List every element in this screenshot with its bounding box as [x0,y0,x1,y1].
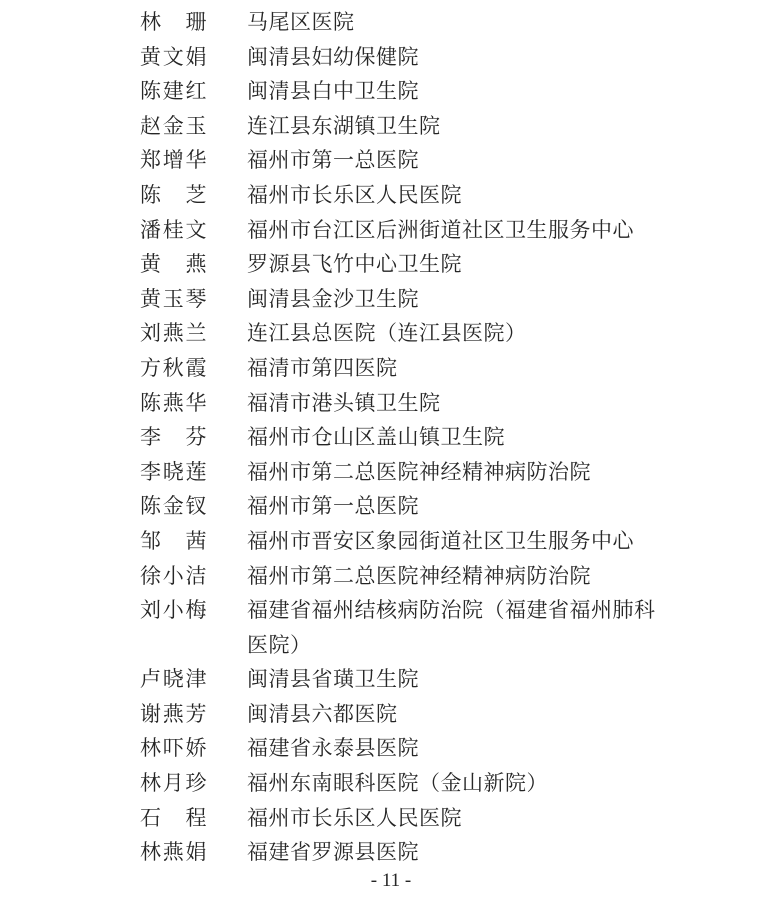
roster-row: 黄文娟 闽清县妇幼保健院 [140,40,700,75]
work-unit: 闽清县六都医院 [247,697,660,732]
person-name: 陈建红 [140,74,207,109]
person-name: 潘桂文 [140,213,207,248]
work-unit: 福建省福州结核病防治院（福建省福州肺科医院） [247,593,660,662]
person-name: 徐小洁 [140,559,207,594]
page-footer: - 11 - [0,869,782,893]
work-unit: 连江县总医院（连江县医院） [247,316,660,351]
person-name: 林珊 [140,5,207,40]
work-unit: 福清市港头镇卫生院 [247,386,660,421]
person-name: 黄文娟 [140,40,207,75]
person-name: 李晓莲 [140,455,207,490]
person-name: 陈芝 [140,178,207,213]
work-unit: 福州市仓山区盖山镇卫生院 [247,420,660,455]
work-unit: 福州市晋安区象园街道社区卫生服务中心 [247,524,660,559]
person-name: 刘燕兰 [140,316,207,351]
roster-row: 林燕娟 福建省罗源县医院 [140,835,700,870]
work-unit: 闽清县白中卫生院 [247,74,660,109]
work-unit: 连江县东湖镇卫生院 [247,109,660,144]
person-name: 陈金钗 [140,489,207,524]
roster-row: 李芬 福州市仓山区盖山镇卫生院 [140,420,700,455]
work-unit: 闽清县金沙卫生院 [247,282,660,317]
roster-row: 黄燕 罗源县飞竹中心卫生院 [140,247,700,282]
roster-row: 潘桂文 福州市台江区后洲街道社区卫生服务中心 [140,213,700,248]
roster-row: 徐小洁 福州市第二总医院神经精神病防治院 [140,559,700,594]
roster-row: 刘燕兰 连江县总医院（连江县医院） [140,316,700,351]
person-name: 黄燕 [140,247,207,282]
roster-row: 赵金玉 连江县东湖镇卫生院 [140,109,700,144]
work-unit: 福州市台江区后洲街道社区卫生服务中心 [247,213,660,248]
person-name: 刘小梅 [140,593,207,628]
document-page: 林珊 马尾区医院 黄文娟 闽清县妇幼保健院 陈建红 闽清县白中卫生院 赵金玉 连… [0,0,782,905]
roster-row: 邹茜 福州市晋安区象园街道社区卫生服务中心 [140,524,700,559]
roster-row: 卢晓津 闽清县省璜卫生院 [140,662,700,697]
person-name: 郑增华 [140,143,207,178]
roster-row: 陈金钗 福州市第一总医院 [140,489,700,524]
person-name: 谢燕芳 [140,697,207,732]
work-unit: 福建省永泰县医院 [247,731,660,766]
roster-row: 谢燕芳 闽清县六都医院 [140,697,700,732]
roster-row: 陈建红 闽清县白中卫生院 [140,74,700,109]
roster-row: 陈芝 福州市长乐区人民医院 [140,178,700,213]
work-unit: 福州东南眼科医院（金山新院） [247,766,660,801]
person-name: 赵金玉 [140,109,207,144]
person-name: 黄玉琴 [140,282,207,317]
person-name: 林燕娟 [140,835,207,870]
work-unit: 马尾区医院 [247,5,660,40]
roster-list: 林珊 马尾区医院 黄文娟 闽清县妇幼保健院 陈建红 闽清县白中卫生院 赵金玉 连… [140,5,700,870]
person-name: 陈燕华 [140,386,207,421]
work-unit: 罗源县飞竹中心卫生院 [247,247,660,282]
roster-row: 刘小梅 福建省福州结核病防治院（福建省福州肺科医院） [140,593,700,662]
work-unit: 福州市第一总医院 [247,489,660,524]
roster-row: 林吓娇 福建省永泰县医院 [140,731,700,766]
work-unit: 闽清县省璜卫生院 [247,662,660,697]
work-unit: 福州市长乐区人民医院 [247,801,660,836]
person-name: 石程 [140,801,207,836]
person-name: 卢晓津 [140,662,207,697]
roster-row: 林月珍 福州东南眼科医院（金山新院） [140,766,700,801]
person-name: 林月珍 [140,766,207,801]
person-name: 方秋霞 [140,351,207,386]
work-unit: 闽清县妇幼保健院 [247,40,660,75]
person-name: 邹茜 [140,524,207,559]
work-unit: 福清市第四医院 [247,351,660,386]
person-name: 林吓娇 [140,731,207,766]
roster-row: 李晓莲 福州市第二总医院神经精神病防治院 [140,455,700,490]
work-unit: 福州市第二总医院神经精神病防治院 [247,559,660,594]
roster-row: 黄玉琴 闽清县金沙卫生院 [140,282,700,317]
roster-row: 林珊 马尾区医院 [140,5,700,40]
work-unit: 福州市第二总医院神经精神病防治院 [247,455,660,490]
roster-row: 石程 福州市长乐区人民医院 [140,801,700,836]
roster-row: 郑增华 福州市第一总医院 [140,143,700,178]
roster-row: 方秋霞 福清市第四医院 [140,351,700,386]
work-unit: 福州市长乐区人民医院 [247,178,660,213]
work-unit: 福州市第一总医院 [247,143,660,178]
roster-row: 陈燕华 福清市港头镇卫生院 [140,386,700,421]
work-unit: 福建省罗源县医院 [247,835,660,870]
person-name: 李芬 [140,420,207,455]
page-number: - 11 - [371,870,411,891]
